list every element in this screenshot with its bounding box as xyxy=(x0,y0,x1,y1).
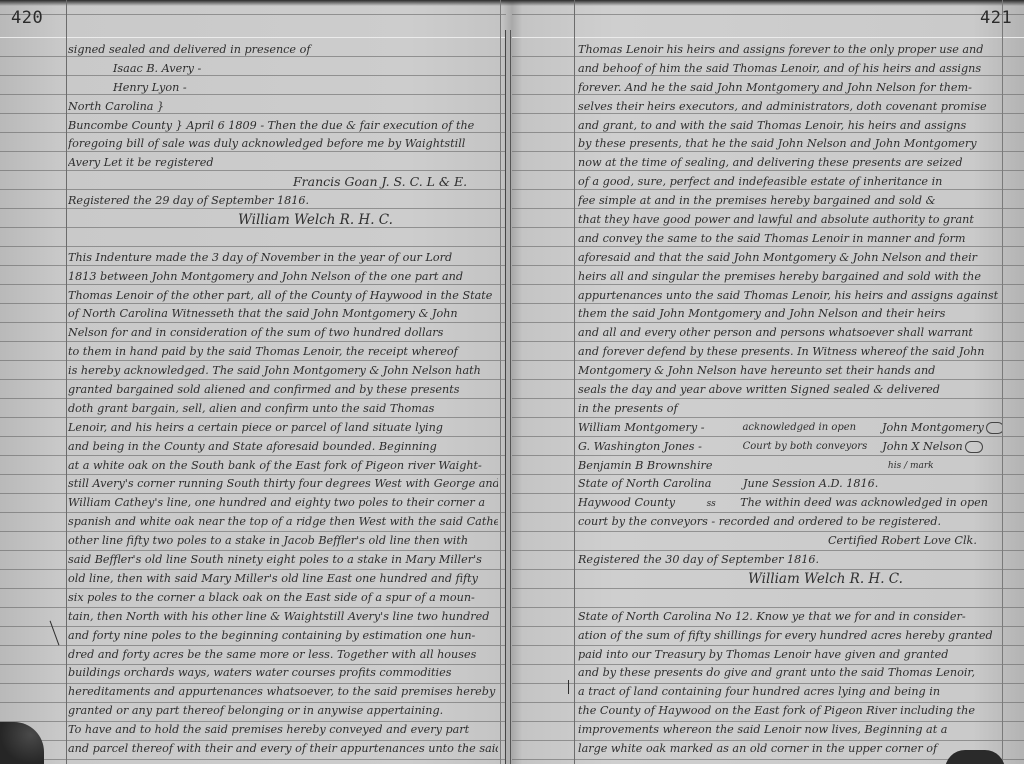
text-line: doth grant bargain, sell, alien and conf… xyxy=(68,400,498,419)
text-line: Thomas Lenoir his heirs and assigns fore… xyxy=(578,41,1002,60)
header-rule xyxy=(512,37,1024,38)
witness-name: William Montgomery - xyxy=(578,419,742,438)
text-line: William Welch R. H. C. xyxy=(68,211,498,230)
blank-line xyxy=(68,230,498,249)
seal-icon xyxy=(965,441,983,453)
text-line: Lenoir, and his heirs a certain piece or… xyxy=(68,419,498,438)
witness-name: Benjamin B Brownshire xyxy=(578,457,735,476)
text-line: Henry Lyon - xyxy=(68,79,498,98)
text-line: Registered the 29 day of September 1816. xyxy=(68,192,498,211)
cert-row: Haywood County ss The within deed was ac… xyxy=(578,494,1002,513)
text-line: old line, then with said Mary Miller's o… xyxy=(68,570,498,589)
text-line: fee simple at and in the premises hereby… xyxy=(578,192,1002,211)
seal-icon xyxy=(986,422,1002,434)
text-line: North Carolina } xyxy=(68,98,498,117)
right-page: 421 Thomas Lenoir his heirs and assigns … xyxy=(512,0,1024,764)
text-line: Montgomery & John Nelson have hereunto s… xyxy=(578,362,1002,381)
text-line: at a white oak on the South bank of the … xyxy=(68,457,498,476)
text-line: Nelson for and in consideration of the s… xyxy=(68,324,498,343)
text-line: foregoing bill of sale was duly acknowle… xyxy=(68,135,498,154)
certified-signature: Certified Robert Love Clk. xyxy=(578,532,1002,551)
session-line: June Session A.D. 1816. xyxy=(743,475,878,494)
text-line: and parcel thereof with their and every … xyxy=(68,740,498,759)
text-line: granted bargained sold aliened and confi… xyxy=(68,381,498,400)
text-line: tain, then North with his other line & W… xyxy=(68,608,498,627)
ledger-spread: 420 signed sealed and delivered in prese… xyxy=(0,0,1024,764)
text-line: State of North Carolina No 12. Know ye t… xyxy=(578,608,1002,627)
left-page-text: signed sealed and delivered in presence … xyxy=(68,41,498,759)
page-number: 420 xyxy=(11,8,43,28)
section-mark: ss xyxy=(707,495,737,513)
text-line: Avery Let it be registered xyxy=(68,154,498,173)
county-line: Haywood County xyxy=(578,494,703,513)
text-line: in the presents of xyxy=(578,400,1002,419)
text-line: signed sealed and delivered in presence … xyxy=(68,41,498,60)
text-line: Buncombe County } April 6 1809 - Then th… xyxy=(68,117,498,136)
signer-name: John Montgomery xyxy=(882,419,1002,438)
text-line: 1813 between John Montgomery and John Ne… xyxy=(68,268,498,287)
margin-line xyxy=(66,0,67,764)
text-line: now at the time of sealing, and deliveri… xyxy=(578,154,1002,173)
text-line: spanish and white oak near the top of a … xyxy=(68,513,498,532)
text-line: of a good, sure, perfect and indefeasibl… xyxy=(578,173,1002,192)
text-line: and by these presents do give and grant … xyxy=(578,664,1002,683)
text-line: hereditaments and appurtenances whatsoev… xyxy=(68,683,498,702)
page-number: 421 xyxy=(980,8,1012,28)
text-line: ation of the sum of fifty shillings for … xyxy=(578,627,1002,646)
text-line: Isaac B. Avery - xyxy=(68,60,498,79)
text-line: This Indenture made the 3 day of Novembe… xyxy=(68,249,498,268)
signer-name: John X Nelson xyxy=(882,438,1002,457)
text-line: and forty nine poles to the beginning co… xyxy=(68,627,498,646)
text-line: and being in the County and State afores… xyxy=(68,438,498,457)
witness-row: William Montgomery - acknowledged in ope… xyxy=(578,419,1002,438)
text-line: selves their heirs executors, and admini… xyxy=(578,98,1002,117)
cert-row: State of North Carolina June Session A.D… xyxy=(578,475,1002,494)
book-gutter-stitching xyxy=(505,30,511,764)
text-line: large white oak marked as an old corner … xyxy=(578,740,1002,759)
witness-name: G. Washington Jones - xyxy=(578,438,743,457)
text-line: them the said John Montgomery and John N… xyxy=(578,305,1002,324)
cert-text: court by the conveyors - recorded and or… xyxy=(578,513,1002,532)
text-line: is hereby acknowledged. The said John Mo… xyxy=(68,362,498,381)
witness-row: G. Washington Jones - Court by both conv… xyxy=(578,438,1002,457)
text-line: the County of Haywood on the East fork o… xyxy=(578,702,1002,721)
text-line: that they have good power and lawful and… xyxy=(578,211,1002,230)
header-rule xyxy=(0,37,506,38)
acknowledgment-text: acknowledged in open xyxy=(742,419,882,438)
text-line: and forever defend by these presents. In… xyxy=(578,343,1002,362)
text-line: a tract of land containing four hundred … xyxy=(578,683,1002,702)
witness-row: Benjamin B Brownshire his / mark xyxy=(578,457,1002,476)
witness-block: William Montgomery - acknowledged in ope… xyxy=(578,419,1002,476)
text-line: heirs all and singular the premises here… xyxy=(578,268,1002,287)
text-line: granted or any part thereof belonging or… xyxy=(68,702,498,721)
text-line: said Beffler's old line South ninety eig… xyxy=(68,551,498,570)
text-line: Francis Goan J. S. C. L & E. xyxy=(68,173,498,192)
text-line: six poles to the corner a black oak on t… xyxy=(68,589,498,608)
text-line: and grant, to and with the said Thomas L… xyxy=(578,117,1002,136)
text-line: To have and to hold the said premises he… xyxy=(68,721,498,740)
right-page-text: Thomas Lenoir his heirs and assigns fore… xyxy=(578,41,1002,759)
text-line: improvements whereon the said Lenoir now… xyxy=(578,721,1002,740)
text-line: Thomas Lenoir of the other part, all of … xyxy=(68,287,498,306)
mark-note: his / mark xyxy=(868,457,1002,476)
text-line: forever. And he the said John Montgomery… xyxy=(578,79,1002,98)
certification-block: State of North Carolina June Session A.D… xyxy=(578,475,1002,607)
text-line: buildings orchards ways, waters water co… xyxy=(68,664,498,683)
edge-line xyxy=(500,0,501,764)
margin-line xyxy=(574,0,575,764)
text-line: other line fifty two poles to a stake in… xyxy=(68,532,498,551)
left-page: 420 signed sealed and delivered in prese… xyxy=(0,0,506,764)
grant-text: State of North Carolina No 12. Know ye t… xyxy=(578,608,1002,759)
text-line: to them in hand paid by the said Thomas … xyxy=(68,343,498,362)
deed-continuation: Thomas Lenoir his heirs and assigns fore… xyxy=(578,41,1002,419)
text-line: by these presents, that he the said John… xyxy=(578,135,1002,154)
text-line: seals the day and year above written Sig… xyxy=(578,381,1002,400)
text-line: and all and every other person and perso… xyxy=(578,324,1002,343)
text-line: William Cathey's line, one hundred and e… xyxy=(68,494,498,513)
text-line: aforesaid and that the said John Montgom… xyxy=(578,249,1002,268)
text-line: paid into our Treasury by Thomas Lenoir … xyxy=(578,646,1002,665)
text-line: and behoof of him the said Thomas Lenoir… xyxy=(578,60,1002,79)
state-line: State of North Carolina xyxy=(578,475,743,494)
text-line: dred and forty acres be the same more or… xyxy=(68,646,498,665)
cert-text: The within deed was acknowledged in open xyxy=(740,496,988,509)
text-line: appurtenances unto the said Thomas Lenoi… xyxy=(578,287,1002,306)
acknowledgment-text: Court by both conveyors xyxy=(743,438,883,457)
registration-text: Registered the 30 day of September 1816. xyxy=(578,551,1002,570)
margin-check-mark xyxy=(568,680,569,694)
text-line: of North Carolina Witnesseth that the sa… xyxy=(68,305,498,324)
registrar-signature: William Welch R. H. C. xyxy=(578,570,1002,589)
text-line: still Avery's corner running South thirt… xyxy=(68,475,498,494)
text-line: and convey the same to the said Thomas L… xyxy=(578,230,1002,249)
edge-line xyxy=(1002,0,1003,764)
